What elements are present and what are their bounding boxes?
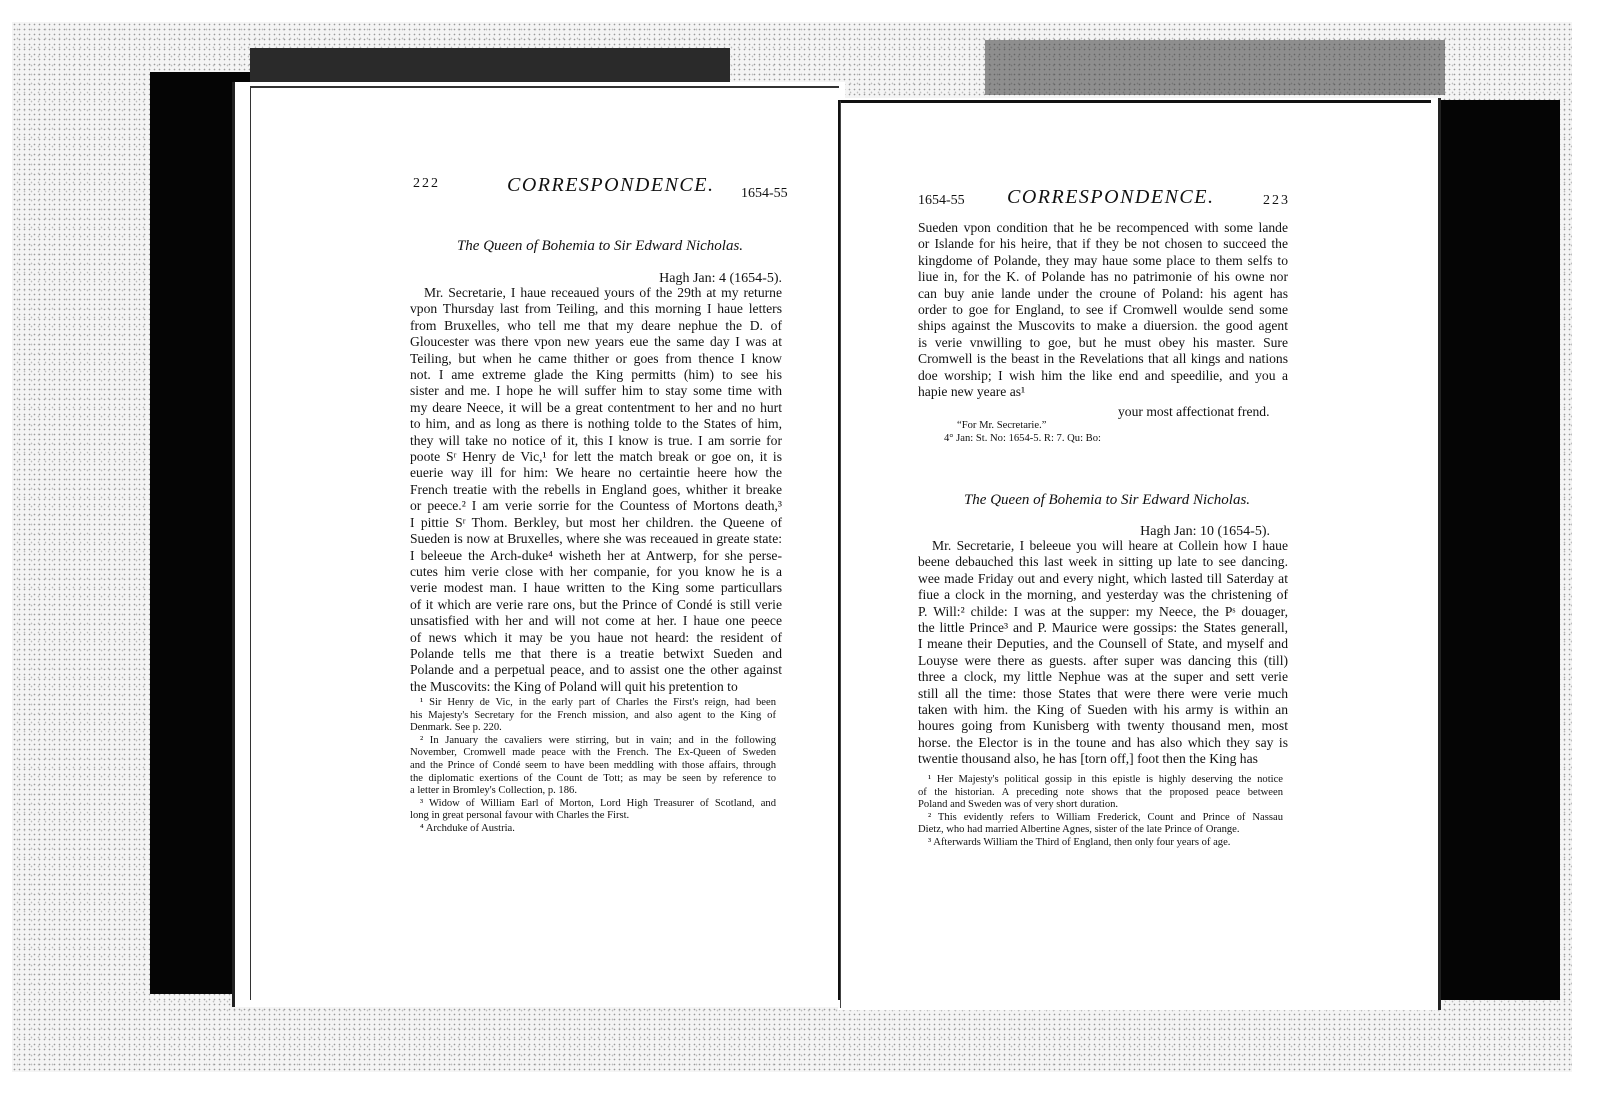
body-line: they will take no notice of it, this I k… bbox=[410, 433, 782, 449]
footnote-line: November, Cromwell made peace with the F… bbox=[410, 747, 776, 760]
body-line: or Islande for his heire, that if they b… bbox=[918, 236, 1288, 252]
book-cover-right bbox=[1440, 100, 1560, 1000]
body-line: of news which it may be you haue not hea… bbox=[410, 630, 782, 646]
footnote: ² This evidently refers to William Frede… bbox=[918, 812, 1283, 837]
body-line: P. Will:² childe: I was at the supper: m… bbox=[918, 604, 1288, 620]
signature: your most affectionat frend. bbox=[1118, 404, 1270, 420]
body-line: from Bruxelles, who tell me that my dear… bbox=[410, 318, 782, 334]
footnote-line: ² In January the cavaliers were stirring… bbox=[410, 735, 776, 748]
body-line: the little Prince³ and P. Maurice were g… bbox=[918, 620, 1288, 636]
body-line: unsatisfied with her and will not come a… bbox=[410, 613, 782, 629]
footnote: ³ Afterwards William the Third of Englan… bbox=[918, 837, 1283, 850]
book-cover-top-right bbox=[985, 40, 1445, 95]
body-line: sister and me. I hope he will suffer him… bbox=[410, 383, 782, 399]
body-line: of it which are verie rare ons, but the … bbox=[410, 597, 782, 613]
body-line: Louyse were there as guests. after super… bbox=[918, 653, 1288, 669]
footnote: ¹ Sir Henry de Vic, in the early part of… bbox=[410, 697, 776, 735]
running-title-left: CORRESPONDENCE. bbox=[507, 174, 715, 197]
year-right: 1654-55 bbox=[918, 193, 965, 209]
letter-body-left: Mr. Secretarie, I haue receaued yours of… bbox=[410, 285, 782, 695]
footnote: ³ Widow of William Earl of Morton, Lord … bbox=[410, 798, 776, 823]
body-line: vpon Thursday last from Teiling, and thi… bbox=[410, 301, 782, 317]
body-line: to him, and as long as there is nothing … bbox=[410, 416, 782, 432]
footnote-line: Dietz, who had married Albertine Agnes, … bbox=[918, 824, 1283, 837]
body-line: Cromwell is the beast in the Revelations… bbox=[918, 351, 1288, 367]
letter-body-right: Mr. Secretarie, I beleeue you will heare… bbox=[918, 538, 1288, 768]
body-line: not. I ame extreme glade the King permit… bbox=[410, 367, 782, 383]
body-line: Teiling, but when he came thither or goe… bbox=[410, 351, 782, 367]
footnotes-right: ¹ Her Majesty's political gossip in this… bbox=[918, 774, 1283, 850]
body-line: taken with him. the King of Sueden with … bbox=[918, 702, 1288, 718]
body-line: or peece.² I am verie sorrie for the Cou… bbox=[410, 498, 782, 514]
footnote-line: the diplomatic exertions of the Count de… bbox=[410, 773, 776, 786]
gutter bbox=[838, 100, 840, 1000]
body-line: Mr. Secretarie, I beleeue you will heare… bbox=[918, 538, 1288, 554]
body-line: is verie vnwilling to goe, but he must o… bbox=[918, 335, 1288, 351]
body-line: euerie way ill for him: We heare no cert… bbox=[410, 465, 782, 481]
footnote-line: ³ Afterwards William the Third of Englan… bbox=[918, 837, 1283, 850]
body-line: I beleeue the Arch-duke⁴ wisheth her at … bbox=[410, 548, 782, 564]
body-line: houres going from Kunisberg with twenty … bbox=[918, 718, 1288, 734]
body-line: Polande and a perpetual peace, and to as… bbox=[410, 662, 782, 678]
body-line: beene debauched this last week in sittin… bbox=[918, 554, 1288, 570]
body-line: three a clock, my little Nephue was at t… bbox=[918, 669, 1288, 685]
body-line: my deare Neece, it will be a great conte… bbox=[410, 400, 782, 416]
body-line: kingdome of Polande, they may haue some … bbox=[918, 253, 1288, 269]
body-line: fiue a clock in the morning, and yesterd… bbox=[918, 587, 1288, 603]
letter-continuation-right: Sueden vpon condition that he be recompe… bbox=[918, 220, 1288, 400]
footnote-line: ¹ Sir Henry de Vic, in the early part of… bbox=[410, 697, 776, 710]
footnote-line: Denmark. See p. 220. bbox=[410, 722, 776, 735]
footnote: ¹ Her Majesty's political gossip in this… bbox=[918, 774, 1283, 812]
body-line: Polande tells me that there is a treatie… bbox=[410, 646, 782, 662]
body-line: French treatie with the rebells in Engla… bbox=[410, 482, 782, 498]
footnotes-left: ¹ Sir Henry de Vic, in the early part of… bbox=[410, 697, 776, 836]
page-number-left: 222 bbox=[413, 176, 440, 192]
body-line: still all the time: those States that we… bbox=[918, 686, 1288, 702]
body-line: hapie new yeare as¹ bbox=[918, 384, 1288, 400]
footnote-line: ³ Widow of William Earl of Morton, Lord … bbox=[410, 798, 776, 811]
body-line: wee made Friday out and every night, whi… bbox=[918, 571, 1288, 587]
body-line: horse. the Elector is in the toune and h… bbox=[918, 735, 1288, 751]
body-line: the Muscovits: the King of Poland will q… bbox=[410, 679, 782, 695]
footnote-line: long in great personal favour with Charl… bbox=[410, 810, 776, 823]
endorsement-docket: 4° Jan: St. No: 1654-5. R: 7. Qu: Bo: bbox=[944, 432, 1101, 446]
page-number-right: 223 bbox=[1263, 193, 1290, 209]
body-line: liue in, for the K. of Polande has no pa… bbox=[918, 269, 1288, 285]
endorsement-address: “For Mr. Secretarie.” bbox=[957, 419, 1046, 433]
body-line: Sueden vpon condition that he be recompe… bbox=[918, 220, 1288, 236]
footnote-line: of the historian. A preceding note shows… bbox=[918, 787, 1283, 800]
body-line: doe worship; I wish him the like end and… bbox=[918, 368, 1288, 384]
running-title-right: CORRESPONDENCE. bbox=[1007, 186, 1215, 209]
body-line: poote Sʳ Henry de Vic,¹ for lett the mat… bbox=[410, 449, 782, 465]
letter-title-right: The Queen of Bohemia to Sir Edward Nicho… bbox=[912, 492, 1302, 509]
body-line: Sueden is now at Bruxelles, where she wa… bbox=[410, 531, 782, 547]
body-line: I pittie Sʳ Thom. Berkley, but most her … bbox=[410, 515, 782, 531]
body-line: order to goe for England, to see if Crom… bbox=[918, 302, 1288, 318]
footnote-line: ¹ Her Majesty's political gossip in this… bbox=[918, 774, 1283, 787]
footnote-line: and the Prince of Condé seem to have bee… bbox=[410, 760, 776, 773]
footnote-line: his Majesty's Secretary for the French m… bbox=[410, 710, 776, 723]
footnote-line: ⁴ Archduke of Austria. bbox=[410, 823, 776, 836]
body-line: Mr. Secretarie, I haue receaued yours of… bbox=[410, 285, 782, 301]
body-line: cutes him verie close with her companie,… bbox=[410, 564, 782, 580]
footnote: ² In January the cavaliers were stirring… bbox=[410, 735, 776, 798]
body-line: can buy anie lande under the croune of P… bbox=[918, 286, 1288, 302]
footnote-line: a letter in Bromley's Collection, p. 186… bbox=[410, 785, 776, 798]
footnote-line: Poland and Sweden was of very short dura… bbox=[918, 799, 1283, 812]
year-left: 1654-55 bbox=[741, 186, 788, 202]
footnote: ⁴ Archduke of Austria. bbox=[410, 823, 776, 836]
letter-title-left: The Queen of Bohemia to Sir Edward Nicho… bbox=[405, 238, 795, 255]
footnote-line: ² This evidently refers to William Frede… bbox=[918, 812, 1283, 825]
body-line: I meane their Deputies, and the Counsell… bbox=[918, 636, 1288, 652]
body-line: verie modest man. I haue written to the … bbox=[410, 580, 782, 596]
body-line: Gloucester was there vpon new years eue … bbox=[410, 334, 782, 350]
body-line: twentie thousand also, he has [torn off,… bbox=[918, 751, 1288, 767]
body-line: ships against the Muscovits to make a di… bbox=[918, 318, 1288, 334]
